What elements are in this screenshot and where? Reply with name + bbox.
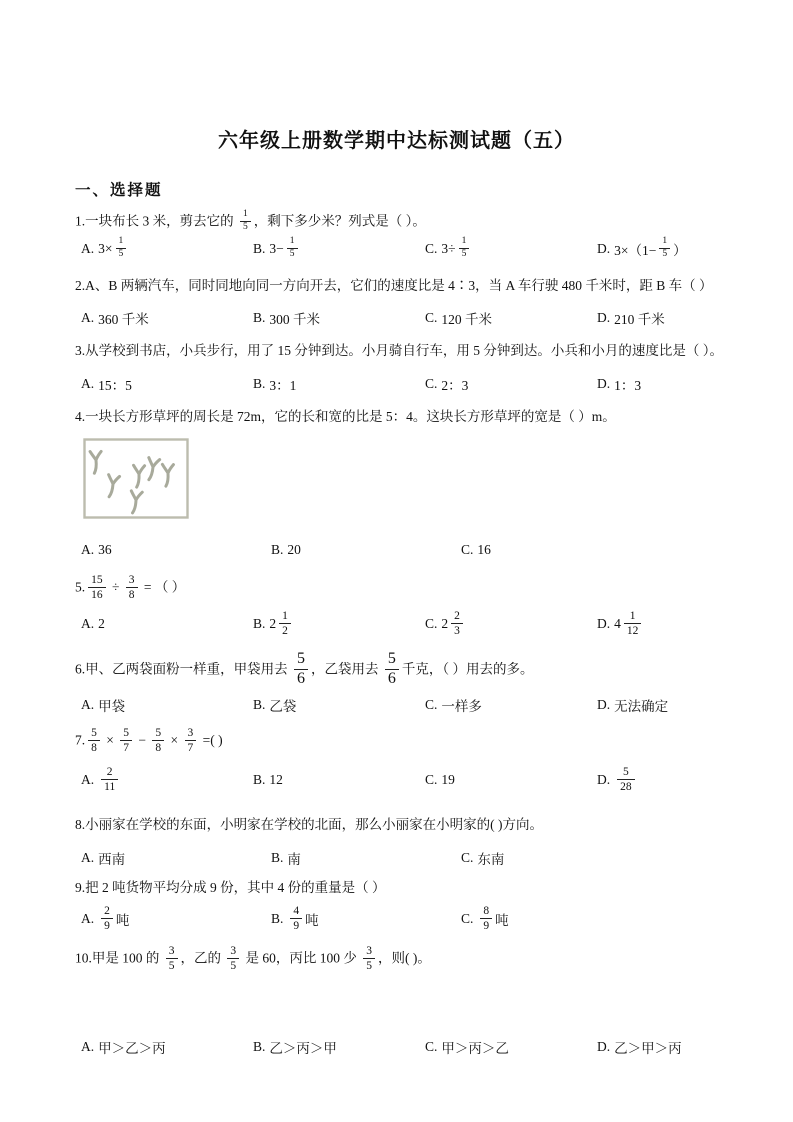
question-5-option-B: B.2 12 (247, 611, 419, 638)
question-1-option-C: C.3÷ 15 (419, 238, 591, 261)
option-label: A. (81, 310, 94, 326)
fraction: 15 (659, 237, 670, 260)
option-label: A. (81, 542, 94, 558)
question-5-option-D: D.4 112 (591, 611, 763, 638)
fraction: 49 (290, 905, 302, 932)
question-3-options: A.15：5B.3：1C.2：3D.1：3 (75, 374, 753, 394)
fraction: 56 (385, 651, 399, 688)
question-4: 4.一块长方形草坪的周长是 72m，它的长和宽的比是 5：4。这块长方形草坪的宽… (75, 407, 753, 558)
question-9: 9.把 2 吨货物平均分成 9 份，其中 4 份的重量是（ ）A.29吨B.49… (75, 878, 753, 933)
question-4-option-B: B.20 (265, 542, 455, 558)
question-10-option-A: A.甲＞乙＞丙 (75, 1037, 247, 1057)
question-2-options: A.360 千米B.300 千米C.120 千米D.210 千米 (75, 308, 753, 328)
question-2-option-C: C.120 千米 (419, 308, 591, 328)
option-label: A. (81, 616, 94, 632)
question-6-option-D: D.无法确定 (591, 695, 763, 715)
option-label: B. (253, 241, 265, 257)
section-heading: 一、选择题 (75, 178, 753, 200)
fraction: 35 (363, 945, 375, 972)
option-label: D. (597, 772, 610, 788)
question-7-options: A.211B.12C.19D.528 (75, 767, 753, 794)
fraction: 12 (279, 610, 291, 637)
question-10-option-D: D.乙＞甲＞丙 (591, 1037, 763, 1057)
question-1-option-B: B.3− 15 (247, 238, 419, 261)
question-7-option-A: A.211 (75, 767, 247, 794)
option-label: B. (271, 911, 283, 927)
fraction: 57 (120, 727, 132, 754)
question-8-option-B: B.南 (265, 848, 455, 868)
fraction: 15 (240, 210, 251, 233)
fraction: 35 (166, 945, 178, 972)
question-10-options: A.甲＞乙＞丙B.乙＞丙＞甲C.甲＞丙＞乙D.乙＞甲＞丙 (75, 1037, 753, 1057)
question-4-stem: 4.一块长方形草坪的周长是 72m，它的长和宽的比是 5：4。这块长方形草坪的宽… (75, 407, 753, 427)
option-label: D. (597, 376, 610, 392)
option-label: C. (425, 241, 437, 257)
question-8-options: A.西南B.南C.东南 (75, 848, 753, 868)
question-3-stem: 3.从学校到书店，小兵步行，用了 15 分钟到达。小月骑自行车，用 5 分钟到达… (75, 341, 753, 361)
fraction: 89 (480, 905, 492, 932)
option-label: B. (253, 772, 265, 788)
question-9-option-C: C.89吨 (455, 906, 645, 933)
option-label: D. (597, 1039, 610, 1055)
option-label: C. (425, 772, 437, 788)
option-label: B. (271, 542, 283, 558)
question-list: 1.一块布长 3 米，剪去它的 15，剩下多少米？列式是（ ）。A.3× 15B… (75, 211, 753, 1057)
document-page: 六年级上册数学期中达标测试题（五） 一、选择题 1.一块布长 3 米，剪去它的 … (0, 0, 793, 1122)
question-6: 6.甲、乙两袋面粉一样重，甲袋用去 56，乙袋用去 56千克，（ ）用去的多。A… (75, 652, 753, 716)
question-2-option-D: D.210 千米 (591, 308, 763, 328)
question-5-option-C: C.2 23 (419, 611, 591, 638)
question-3-option-B: B.3：1 (247, 374, 419, 394)
fraction: 35 (227, 945, 239, 972)
question-2-stem: 2.A、B 两辆汽车，同时同地向同一方向开去，它们的速度比是 4∶3，当 A 车… (75, 276, 753, 296)
question-9-stem: 9.把 2 吨货物平均分成 9 份，其中 4 份的重量是（ ） (75, 878, 753, 898)
question-5-stem: 5.1516 ÷ 38 = （ ） (75, 575, 753, 602)
question-6-option-A: A.甲袋 (75, 695, 247, 715)
question-6-option-B: B.乙袋 (247, 695, 419, 715)
question-2-option-A: A.360 千米 (75, 308, 247, 328)
question-5-options: A.2B.2 12C.2 23D.4 112 (75, 611, 753, 638)
question-10-option-B: B.乙＞丙＞甲 (247, 1037, 419, 1057)
question-9-option-A: A.29吨 (75, 906, 265, 933)
question-3-option-A: A.15：5 (75, 374, 247, 394)
question-8-stem: 8.小丽家在学校的东面，小明家在学校的北面，那么小丽家在小明家的( )方向。 (75, 815, 753, 835)
option-label: D. (597, 616, 610, 632)
question-1-options: A.3× 15B.3− 15C.3÷ 15D.3×（1− 15） (75, 238, 753, 261)
fraction: 58 (152, 727, 164, 754)
option-label: A. (81, 850, 94, 866)
option-label: A. (81, 911, 94, 927)
option-label: B. (253, 697, 265, 713)
option-label: C. (461, 542, 473, 558)
question-6-options: A.甲袋B.乙袋C.一样多D.无法确定 (75, 695, 753, 715)
option-label: C. (425, 697, 437, 713)
question-1-stem: 1.一块布长 3 米，剪去它的 15，剩下多少米？列式是（ ）。 (75, 211, 753, 234)
fraction: 15 (459, 237, 470, 260)
question-6-stem: 6.甲、乙两袋面粉一样重，甲袋用去 56，乙袋用去 56千克，（ ）用去的多。 (75, 652, 753, 689)
option-label: C. (425, 310, 437, 326)
question-3-option-C: C.2：3 (419, 374, 591, 394)
option-label: C. (461, 911, 473, 927)
option-label: C. (461, 850, 473, 866)
fraction: 23 (451, 610, 463, 637)
question-4-option-C: C.16 (455, 542, 645, 558)
question-7-option-B: B.12 (247, 772, 419, 788)
fraction: 112 (624, 610, 642, 637)
grass-marks (90, 450, 175, 513)
question-3-option-D: D.1：3 (591, 374, 763, 394)
page-title: 六年级上册数学期中达标测试题（五） (75, 128, 718, 154)
question-7-stem: 7.58 × 57 − 58 × 37 =( ) (75, 728, 753, 755)
question-7: 7.58 × 57 − 58 × 37 =( )A.211B.12C.19D.5… (75, 728, 753, 793)
question-1-option-A: A.3× 15 (75, 238, 247, 261)
option-label: B. (253, 376, 265, 392)
option-label: C. (425, 616, 437, 632)
question-9-options: A.29吨B.49吨C.89吨 (75, 906, 753, 933)
grass-plot-figure (83, 438, 753, 524)
fraction: 38 (126, 574, 138, 601)
question-3: 3.从学校到书店，小兵步行，用了 15 分钟到达。小月骑自行车，用 5 分钟到达… (75, 341, 753, 394)
question-5: 5.1516 ÷ 38 = （ ）A.2B.2 12C.2 23D.4 112 (75, 575, 753, 638)
question-4-options: A.36B.20C.16 (75, 542, 753, 558)
fraction: 56 (294, 651, 308, 688)
question-9-option-B: B.49吨 (265, 906, 455, 933)
option-label: A. (81, 1039, 94, 1055)
option-label: B. (253, 616, 265, 632)
question-7-option-C: C.19 (419, 772, 591, 788)
option-label: B. (253, 1039, 265, 1055)
fraction: 528 (617, 766, 635, 793)
question-4-option-A: A.36 (75, 542, 265, 558)
question-8-option-A: A.西南 (75, 848, 265, 868)
question-5-option-A: A.2 (75, 616, 247, 632)
option-label: D. (597, 697, 610, 713)
fraction: 1516 (88, 574, 106, 601)
question-8: 8.小丽家在学校的东面，小明家在学校的北面，那么小丽家在小明家的( )方向。A.… (75, 815, 753, 869)
question-2: 2.A、B 两辆汽车，同时同地向同一方向开去，它们的速度比是 4∶3，当 A 车… (75, 276, 753, 329)
fraction: 211 (101, 766, 118, 793)
option-label: D. (597, 241, 610, 257)
question-10: 10.甲是 100 的 35，乙的 35 是 60，丙比 100 少 35，则(… (75, 946, 753, 1057)
option-label: A. (81, 241, 94, 257)
fraction: 37 (185, 727, 197, 754)
option-label: C. (425, 376, 437, 392)
question-8-option-C: C.东南 (455, 848, 645, 868)
option-label: A. (81, 697, 94, 713)
fraction: 15 (287, 237, 298, 260)
fraction: 29 (101, 905, 113, 932)
question-7-option-D: D.528 (591, 767, 763, 794)
option-label: D. (597, 310, 610, 326)
option-label: A. (81, 772, 94, 788)
question-1: 1.一块布长 3 米，剪去它的 15，剩下多少米？列式是（ ）。A.3× 15B… (75, 211, 753, 261)
fraction: 58 (88, 727, 100, 754)
option-label: A. (81, 376, 94, 392)
grass-plot-image (83, 438, 189, 520)
question-2-option-B: B.300 千米 (247, 308, 419, 328)
option-label: C. (425, 1039, 437, 1055)
question-6-option-C: C.一样多 (419, 695, 591, 715)
option-label: B. (271, 850, 283, 866)
option-label: B. (253, 310, 265, 326)
fraction: 15 (116, 237, 127, 260)
question-10-stem: 10.甲是 100 的 35，乙的 35 是 60，丙比 100 少 35，则(… (75, 946, 753, 973)
question-1-option-D: D.3×（1− 15） (591, 238, 763, 261)
question-10-option-C: C.甲＞丙＞乙 (419, 1037, 591, 1057)
